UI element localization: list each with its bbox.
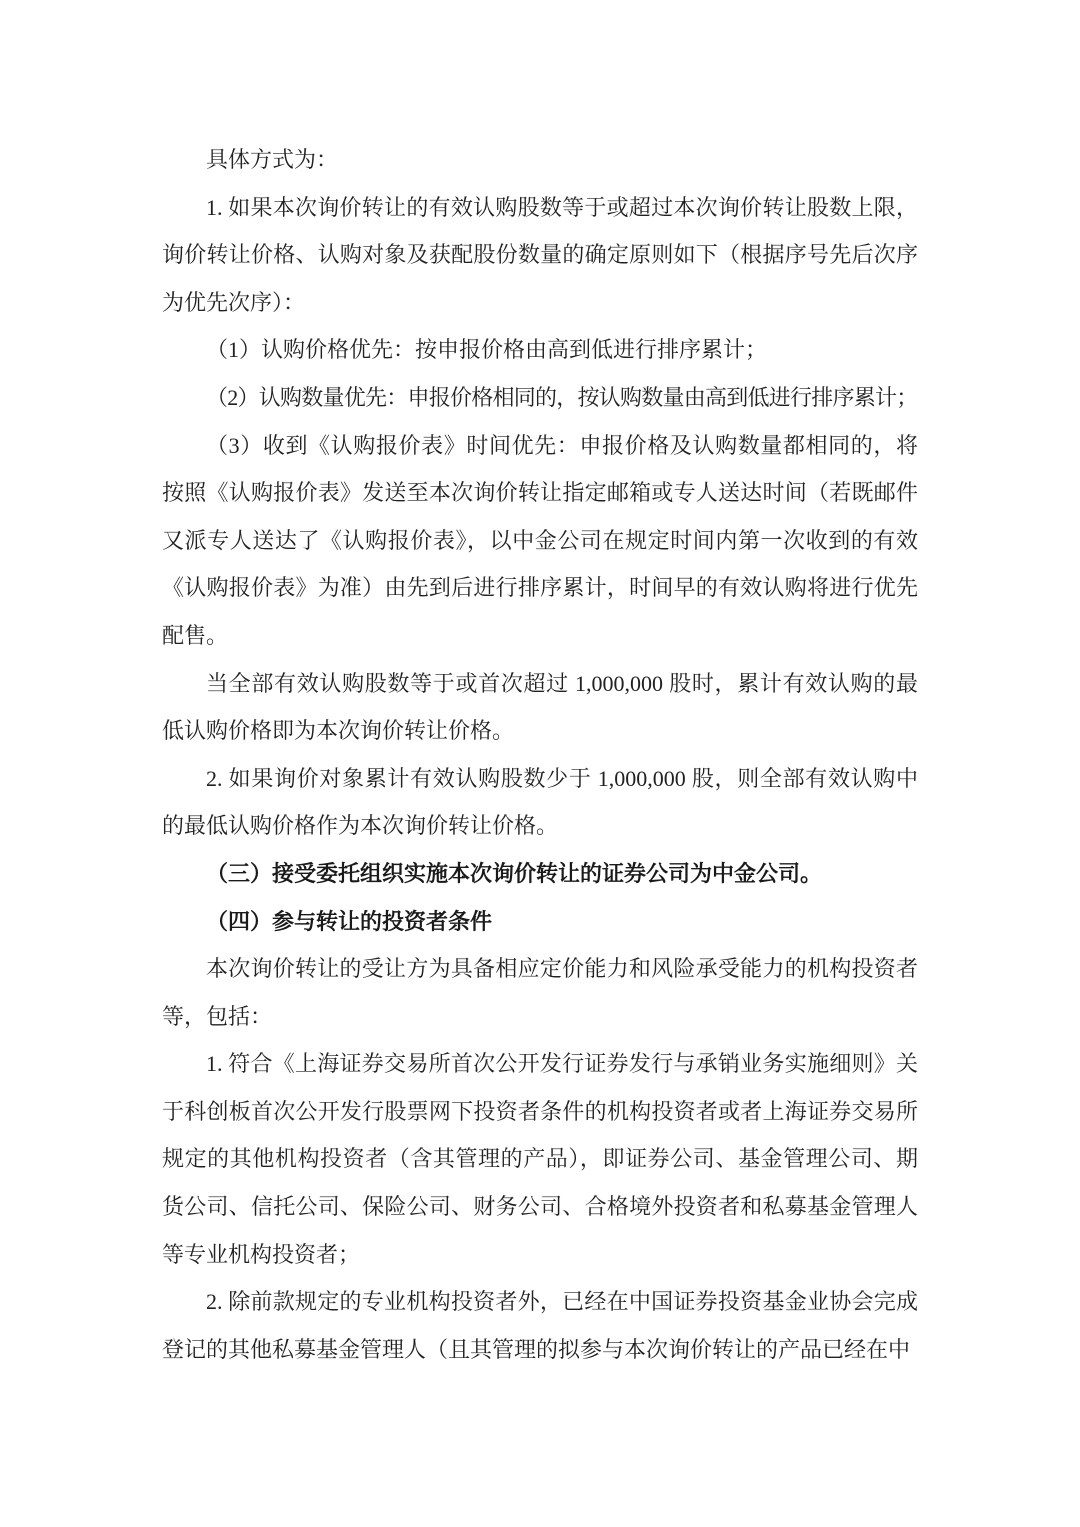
document-paragraph: 具体方式为： xyxy=(162,136,918,184)
document-paragraph: （3）收到《认购报价表》时间优先：申报价格及认购数量都相同的，将按照《认购报价表… xyxy=(162,422,918,660)
document-body: 具体方式为：1. 如果本次询价转让的有效认购股数等于或超过本次询价转让股数上限，… xyxy=(0,0,918,1373)
document-paragraph: 1. 符合《上海证券交易所首次公开发行证券发行与承销业务实施细则》关于科创板首次… xyxy=(162,1040,918,1278)
document-paragraph: （1）认购价格优先：按申报价格由高到低进行排序累计； xyxy=(162,326,918,374)
section-heading: （四）参与转让的投资者条件 xyxy=(162,898,918,946)
document-paragraph: 1. 如果本次询价转让的有效认购股数等于或超过本次询价转让股数上限，询价转让价格… xyxy=(162,184,918,327)
document-page: 具体方式为：1. 如果本次询价转让的有效认购股数等于或超过本次询价转让股数上限，… xyxy=(0,0,1080,1527)
document-paragraph: （2）认购数量优先：申报价格相同的，按认购数量由高到低进行排序累计； xyxy=(162,374,918,422)
document-paragraph: 本次询价转让的受让方为具备相应定价能力和风险承受能力的机构投资者等，包括： xyxy=(162,945,918,1040)
section-heading: （三）接受委托组织实施本次询价转让的证券公司为中金公司。 xyxy=(162,850,918,898)
document-paragraph: 2. 如果询价对象累计有效认购股数少于 1,000,000 股，则全部有效认购中… xyxy=(162,755,918,850)
document-paragraph: 2. 除前款规定的专业机构投资者外，已经在中国证券投资基金业协会完成登记的其他私… xyxy=(162,1278,918,1373)
document-paragraph: 当全部有效认购股数等于或首次超过 1,000,000 股时，累计有效认购的最低认… xyxy=(162,660,918,755)
